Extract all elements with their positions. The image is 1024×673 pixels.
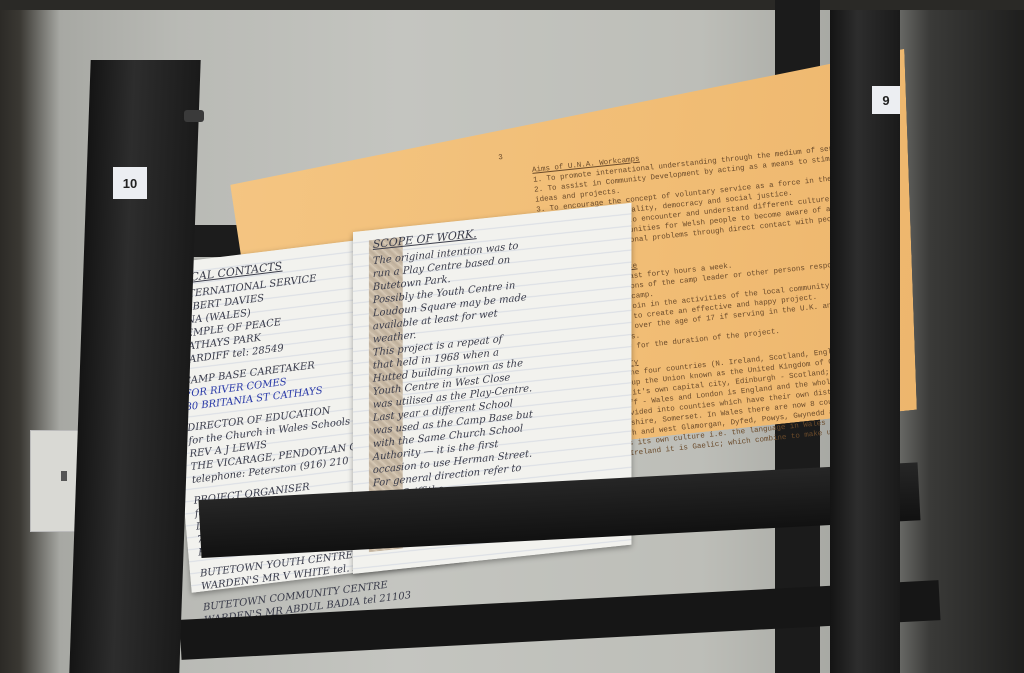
bolt bbox=[184, 110, 204, 122]
exhibit-label-10: 10 bbox=[113, 167, 147, 199]
stand-post-left bbox=[69, 60, 200, 673]
display-photo: 3 Aims of U.N.A. Workcamps1. To promote … bbox=[0, 0, 1024, 673]
shelf-top-edge bbox=[0, 0, 1024, 10]
exhibit-label-9: 9 bbox=[872, 86, 900, 114]
